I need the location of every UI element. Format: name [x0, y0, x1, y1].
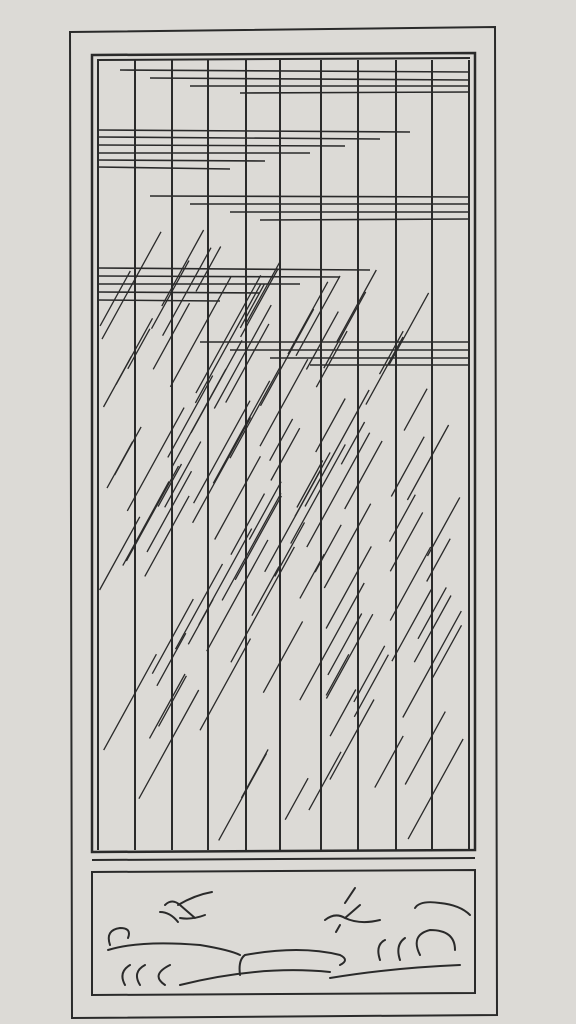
woodblock-print: [0, 0, 576, 1024]
